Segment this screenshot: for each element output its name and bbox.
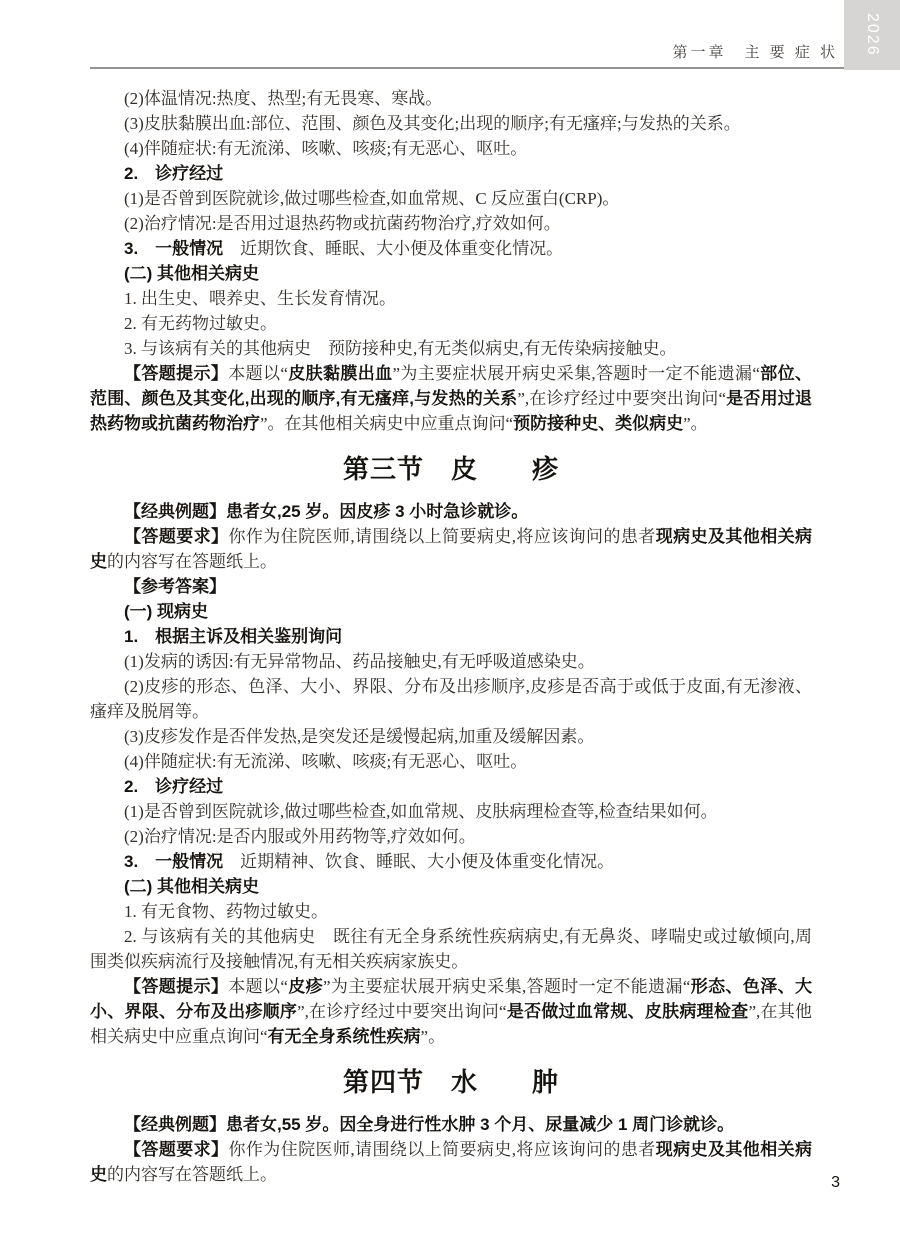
subsection-heading: (二) 其他相关病史 bbox=[90, 874, 812, 899]
text-run: 的内容写在答题纸上。 bbox=[107, 1165, 277, 1184]
text-run: (1)是否曾到医院就诊,做过哪些检查,如血常规、C 反应蛋白(CRP)。 bbox=[124, 189, 619, 208]
text-run: 1. 出生史、喂养史、生长发育情况。 bbox=[124, 289, 396, 308]
text-run: (4)伴随症状:有无流涕、咳嗽、咳痰;有无恶心、呕吐。 bbox=[124, 139, 527, 158]
page-number: 3 bbox=[831, 1174, 840, 1192]
bold-text-run: 3. 一般情况 bbox=[124, 852, 223, 871]
list-item: (4)伴随症状:有无流涕、咳嗽、咳痰;有无恶心、呕吐。 bbox=[90, 136, 812, 161]
list-item: 1. 出生史、喂养史、生长发育情况。 bbox=[90, 286, 812, 311]
text-run: 2. 有无药物过敏史。 bbox=[124, 314, 277, 333]
bold-text-run: 有无全身系统性疾病 bbox=[268, 1027, 421, 1046]
bold-text-run: (二) 其他相关病史 bbox=[124, 877, 259, 896]
bold-text-run: 皮疹 bbox=[288, 977, 323, 996]
text-run: 3. 与该病有关的其他病史 预防接种史,有无类似病史,有无传染病接触史。 bbox=[124, 339, 677, 358]
exam-tip: 【答题提示】本题以“皮疹”为主要症状展开病史采集,答题时一定不能遗漏“形态、色泽… bbox=[90, 974, 812, 1049]
list-item: 1. 有无食物、药物过敏史。 bbox=[90, 899, 812, 924]
reference-answer-heading: 【参考答案】 bbox=[90, 574, 812, 599]
bold-text-run: (二) 其他相关病史 bbox=[124, 264, 259, 283]
bold-text-run: 【经典例题】患者女,55 岁。因全身进行性水肿 3 个月、尿量减少 1 周门诊就… bbox=[124, 1115, 734, 1134]
list-item: (3)皮肤黏膜出血:部位、范围、颜色及其变化;出现的顺序;有无瘙痒;与发热的关系… bbox=[90, 111, 812, 136]
text-run: 你作为住院医师,请围绕以上简要病史,将应该询问的患者 bbox=[228, 1140, 655, 1159]
text-run: (3)皮肤黏膜出血:部位、范围、颜色及其变化;出现的顺序;有无瘙痒;与发热的关系… bbox=[124, 114, 741, 133]
answer-requirement: 【答题要求】你作为住院医师,请围绕以上简要病史,将应该询问的患者现病史及其他相关… bbox=[90, 1137, 812, 1187]
text-run: 的内容写在答题纸上。 bbox=[107, 552, 277, 571]
list-item: 3. 与该病有关的其他病史 预防接种史,有无类似病史,有无传染病接触史。 bbox=[90, 336, 812, 361]
text-run: 近期饮食、睡眠、大小便及体重变化情况。 bbox=[223, 239, 563, 258]
list-item: (1)是否曾到医院就诊,做过哪些检查,如血常规、皮肤病理检查等,检查结果如何。 bbox=[90, 799, 812, 824]
list-item: (2)体温情况:热度、热型;有无畏寒、寒战。 bbox=[90, 86, 812, 111]
bold-text-run: 【答题要求】 bbox=[124, 527, 228, 546]
edition-tab: 2026 bbox=[844, 0, 900, 70]
list-item: 2. 与该病有关的其他病史 既往有无全身系统性疾病病史,有无鼻炎、哮喘史或过敏倾… bbox=[90, 924, 812, 974]
text-run: 你作为住院医师,请围绕以上简要病史,将应该询问的患者 bbox=[228, 527, 655, 546]
bold-text-run: 1. 根据主诉及相关鉴别询问 bbox=[124, 627, 342, 646]
bold-text-run: 皮肤黏膜出血 bbox=[288, 364, 393, 383]
subsection-heading: (一) 现病史 bbox=[90, 599, 812, 624]
answer-requirement: 【答题要求】你作为住院医师,请围绕以上简要病史,将应该询问的患者现病史及其他相关… bbox=[90, 524, 812, 574]
bold-text-run: 预防接种史、类似病史 bbox=[513, 414, 683, 433]
list-item: (1)发病的诱因:有无异常物品、药品接触史,有无呼吸道感染史。 bbox=[90, 649, 812, 674]
list-item: 2. 有无药物过敏史。 bbox=[90, 311, 812, 336]
text-run: ”。 bbox=[421, 1027, 446, 1046]
text-run: 本题以“ bbox=[228, 977, 288, 996]
text-run: (3)皮疹发作是否伴发热,是突发还是缓慢起病,加重及缓解因素。 bbox=[124, 727, 594, 746]
bold-text-run: 是否做过血常规、皮肤病理检查 bbox=[507, 1002, 749, 1021]
text-run: (1)发病的诱因:有无异常物品、药品接触史,有无呼吸道感染史。 bbox=[124, 652, 595, 671]
text-run: ”。在其他相关病史中应重点询问“ bbox=[260, 414, 513, 433]
bold-text-run: 【答题提示】 bbox=[124, 364, 228, 383]
numbered-subheading: 2. 诊疗经过 bbox=[90, 161, 812, 186]
text-run: 2. 与该病有关的其他病史 既往有无全身系统性疾病病史,有无鼻炎、哮喘史或过敏倾… bbox=[90, 927, 812, 971]
text-run: ”,在诊疗经过中要突出询问“ bbox=[297, 1002, 506, 1021]
bold-text-run: 3. 一般情况 bbox=[124, 239, 223, 258]
text-run: 本题以“ bbox=[228, 364, 288, 383]
text-run: (2)治疗情况:是否用过退热药物或抗菌药物治疗,疗效如何。 bbox=[124, 214, 561, 233]
section-heading: 第三节 皮 疹 bbox=[90, 453, 812, 485]
subsection-heading: (二) 其他相关病史 bbox=[90, 261, 812, 286]
numbered-subheading: 1. 根据主诉及相关鉴别询问 bbox=[90, 624, 812, 649]
header-rule bbox=[90, 67, 845, 69]
text-run: (2)体温情况:热度、热型;有无畏寒、寒战。 bbox=[124, 89, 442, 108]
page-content: (2)体温情况:热度、热型;有无畏寒、寒战。(3)皮肤黏膜出血:部位、范围、颜色… bbox=[90, 86, 812, 1187]
bold-text-run: 【经典例题】患者女,25 岁。因皮疹 3 小时急诊就诊。 bbox=[124, 502, 528, 521]
numbered-subheading: 3. 一般情况 近期精神、饮食、睡眠、大小便及体重变化情况。 bbox=[90, 849, 812, 874]
list-item: (2)治疗情况:是否用过退热药物或抗菌药物治疗,疗效如何。 bbox=[90, 211, 812, 236]
bold-text-run: 【参考答案】 bbox=[124, 577, 226, 596]
numbered-subheading: 3. 一般情况 近期饮食、睡眠、大小便及体重变化情况。 bbox=[90, 236, 812, 261]
bold-text-run: (一) 现病史 bbox=[124, 602, 208, 621]
text-run: ”。 bbox=[683, 414, 708, 433]
text-run: ”为主要症状展开病史采集,答题时一定不能遗漏“ bbox=[392, 364, 759, 383]
numbered-subheading: 2. 诊疗经过 bbox=[90, 774, 812, 799]
list-item: (2)皮疹的形态、色泽、大小、界限、分布及出疹顺序,皮疹是否高于或低于皮面,有无… bbox=[90, 674, 812, 724]
running-head: 第一章 主 要 症 状 bbox=[672, 41, 838, 62]
list-item: (2)治疗情况:是否内服或外用药物等,疗效如何。 bbox=[90, 824, 812, 849]
list-item: (1)是否曾到医院就诊,做过哪些检查,如血常规、C 反应蛋白(CRP)。 bbox=[90, 186, 812, 211]
classic-example: 【经典例题】患者女,55 岁。因全身进行性水肿 3 个月、尿量减少 1 周门诊就… bbox=[90, 1112, 812, 1137]
bold-text-run: 【答题提示】 bbox=[124, 977, 228, 996]
text-run: (1)是否曾到医院就诊,做过哪些检查,如血常规、皮肤病理检查等,检查结果如何。 bbox=[124, 802, 718, 821]
exam-tip: 【答题提示】本题以“皮肤黏膜出血”为主要症状展开病史采集,答题时一定不能遗漏“部… bbox=[90, 361, 812, 436]
text-run: (2)治疗情况:是否内服或外用药物等,疗效如何。 bbox=[124, 827, 476, 846]
bold-text-run: 【答题要求】 bbox=[124, 1140, 228, 1159]
text-run: 近期精神、饮食、睡眠、大小便及体重变化情况。 bbox=[223, 852, 614, 871]
book-page: 第一章 主 要 症 状 2026 (2)体温情况:热度、热型;有无畏寒、寒战。(… bbox=[0, 0, 900, 1241]
text-run: (4)伴随症状:有无流涕、咳嗽、咳痰;有无恶心、呕吐。 bbox=[124, 752, 527, 771]
text-run: ”为主要症状展开病史采集,答题时一定不能遗漏“ bbox=[323, 977, 690, 996]
list-item: (3)皮疹发作是否伴发热,是突发还是缓慢起病,加重及缓解因素。 bbox=[90, 724, 812, 749]
text-run: 1. 有无食物、药物过敏史。 bbox=[124, 902, 328, 921]
text-run: (2)皮疹的形态、色泽、大小、界限、分布及出疹顺序,皮疹是否高于或低于皮面,有无… bbox=[90, 677, 812, 721]
section-heading: 第四节 水 肿 bbox=[90, 1066, 812, 1098]
bold-text-run: 2. 诊疗经过 bbox=[124, 777, 223, 796]
text-run: ”,在诊疗经过中要突出询问“ bbox=[517, 389, 726, 408]
list-item: (4)伴随症状:有无流涕、咳嗽、咳痰;有无恶心、呕吐。 bbox=[90, 749, 812, 774]
bold-text-run: 2. 诊疗经过 bbox=[124, 164, 223, 183]
classic-example: 【经典例题】患者女,25 岁。因皮疹 3 小时急诊就诊。 bbox=[90, 499, 812, 524]
